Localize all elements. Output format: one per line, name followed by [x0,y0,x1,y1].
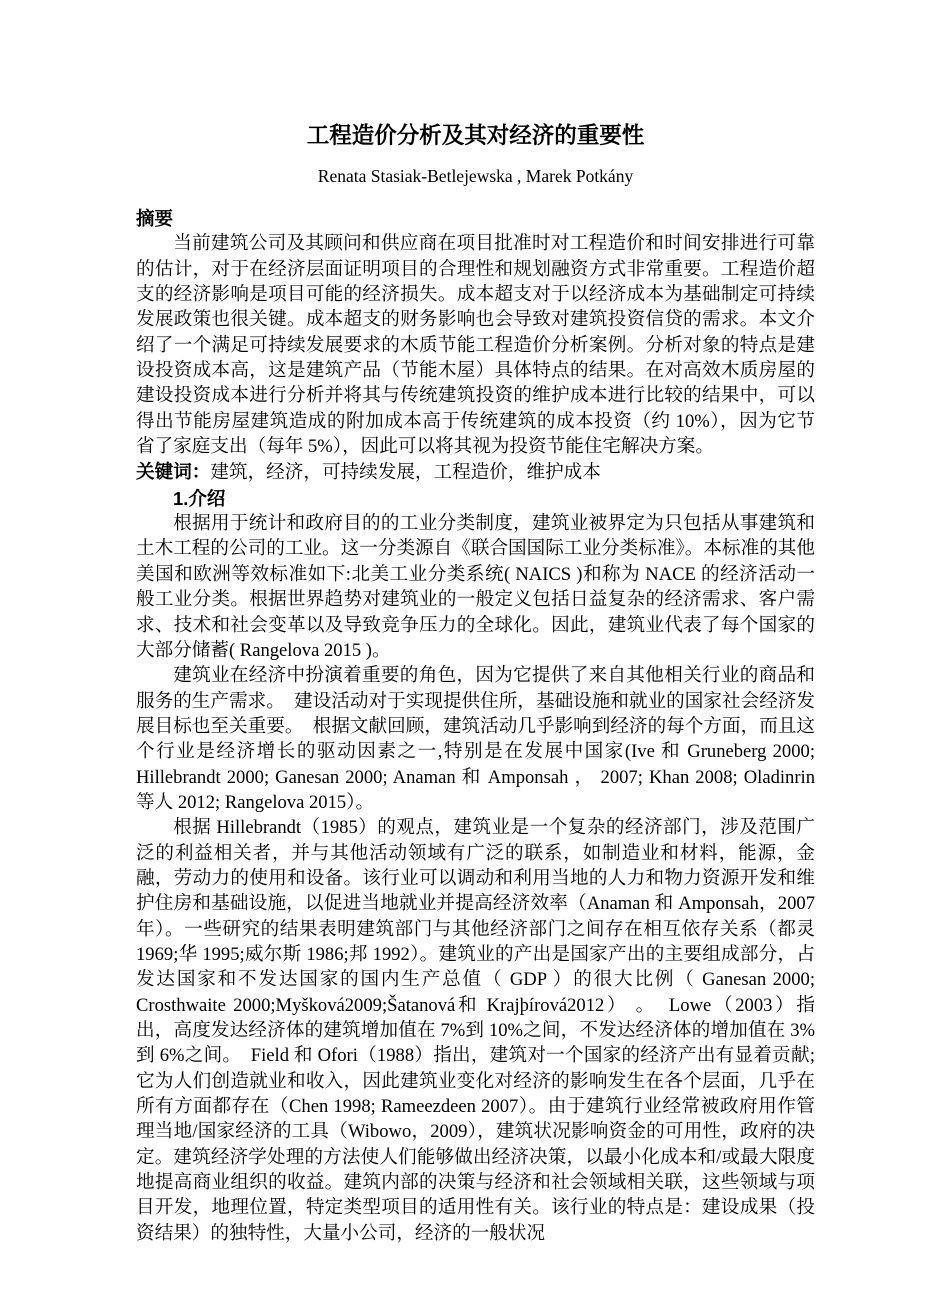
keywords-line: 关键词：建筑，经济，可持续发展，工程造价，维护成本 [136,459,815,485]
abstract-paragraph: 当前建筑公司及其顾问和供应商在项目批准时对工程造价和时间安排进行可靠的估计，对于… [136,231,815,459]
authors-line: Renata Stasiak-Betlejewska , Marek Potká… [136,165,815,187]
intro-paragraph-1: 根据用于统计和政府目的的工业分类制度，建筑业被界定为只包括从事建筑和土木工程的公… [136,511,815,663]
intro-paragraph-3: 根据 Hillebrandt（1985）的观点，建筑业是一个复杂的经济部门，涉及… [136,815,815,1246]
page-title: 工程造价分析及其对经济的重要性 [136,120,815,152]
paper-page: 工程造价分析及其对经济的重要性 Renata Stasiak-Betlejews… [0,0,926,1309]
abstract-heading: 摘要 [136,206,815,231]
intro-paragraph-2: 建筑业在经济中扮演着重要的角色，因为它提供了来自其他相关行业的商品和服务的生产需… [136,663,815,815]
introduction-heading: 1.介绍 [136,486,815,511]
keywords-text: 建筑，经济，可持续发展，工程造价，维护成本 [210,462,600,483]
keywords-label: 关键词： [136,461,210,482]
page-content: 工程造价分析及其对经济的重要性 Renata Stasiak-Betlejews… [136,120,815,1246]
